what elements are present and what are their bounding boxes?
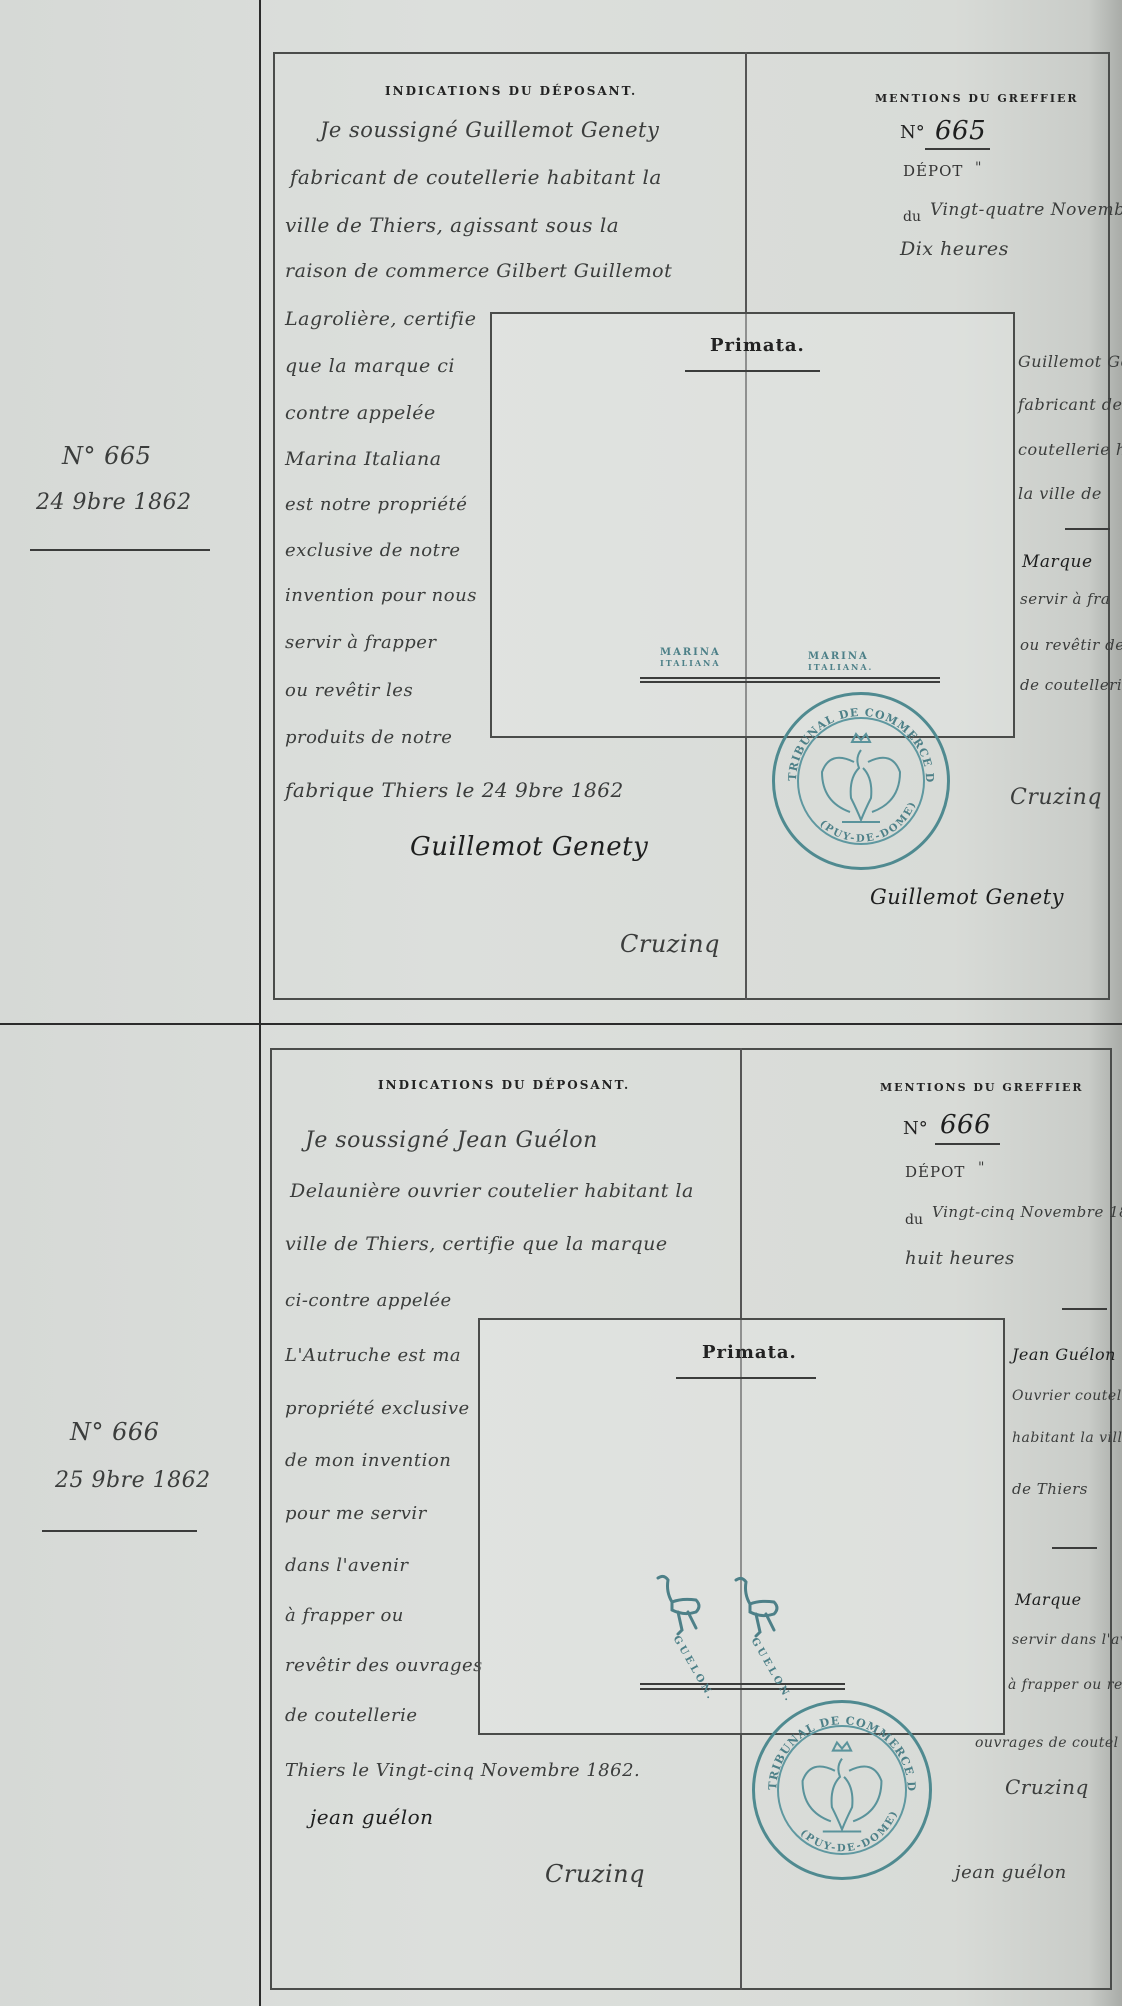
number-label: N° (903, 1118, 928, 1139)
margin-note-number: N° 665 (62, 442, 151, 470)
registrar-header: MENTIONS DU GREFFIER (875, 92, 1079, 105)
declaration-line: ville de Thiers, certifie que la marque (285, 1233, 668, 1255)
note-line: ouvrages de coutel (975, 1735, 1119, 1751)
note-separator (1065, 528, 1110, 530)
note-line: à frapper ou re (1008, 1677, 1122, 1693)
margin-note-underline (30, 549, 210, 551)
depositor-header: INDICATIONS DU DÉPOSANT. (378, 1078, 630, 1092)
note-line: Marque (1022, 552, 1093, 572)
declaration-line: propriété exclusive (285, 1398, 470, 1419)
declaration-line: invention pour nous (285, 585, 477, 606)
note-line: ou revêtir de (1020, 636, 1122, 654)
declaration-line: ou revêtir les (285, 680, 413, 701)
eagle-icon: TRIBUNAL DE COMMERCE DE THIERS (PUY-DE-D… (772, 692, 950, 870)
declaration-line: Lagrolière, certifie (285, 308, 476, 330)
depositor-signature: Guillemot Genety (410, 832, 648, 862)
deposit-number: 665 (935, 116, 986, 146)
depot-label: DÉPOT (903, 162, 963, 180)
du-label: du (905, 1212, 923, 1228)
declaration-line: servir à frapper (285, 632, 437, 653)
number-label: N° (900, 122, 925, 143)
primata-underline (685, 370, 820, 372)
depot-mark: " (978, 1160, 985, 1176)
trademark-box (490, 312, 1015, 738)
declaration-line: de coutellerie (285, 1705, 417, 1726)
declaration-line: fabricant de coutellerie habitant la (290, 165, 662, 189)
declaration-line: ci-contre appelée (285, 1290, 452, 1311)
deposit-hour: Dix heures (900, 238, 1009, 260)
ostrich-icon (650, 1570, 720, 1640)
deposit-hour: huit heures (905, 1248, 1015, 1269)
note-line: servir à fra (1020, 590, 1110, 608)
ostrich-icon (728, 1572, 798, 1642)
primata-label: Primata. (710, 335, 805, 356)
mark-line: ITALIANA. (808, 662, 873, 672)
registrar-header: MENTIONS DU GREFFIER (880, 1081, 1084, 1094)
note-separator (1062, 1308, 1107, 1310)
declaration-line: de mon invention (285, 1450, 451, 1471)
margin-note-date: 25 9bre 1862 (55, 1468, 211, 1493)
declaration-line: que la marque ci (285, 355, 455, 377)
declaration-line: ville de Thiers, agissant sous la (285, 213, 619, 237)
note-line: Marque (1015, 1590, 1082, 1609)
deposit-number: 666 (940, 1110, 991, 1140)
declaration-line: est notre propriété (285, 494, 467, 515)
declaration-line: dans l'avenir (285, 1555, 409, 1576)
registrar-signature: Cruzinq (545, 1860, 645, 1888)
declaration-line: L'Autruche est ma (285, 1345, 461, 1366)
trademark-mark-2: GUELON. (728, 1572, 818, 1682)
declaration-line: contre appelée (285, 402, 436, 424)
declaration-line: pour me servir (285, 1503, 427, 1524)
declaration-line: Je soussigné Jean Guélon (305, 1128, 598, 1153)
mark-line: MARINA (808, 652, 873, 662)
deposit-date: Vingt-cinq Novembre 18 (932, 1203, 1122, 1221)
declaration-line: à frapper ou (285, 1605, 404, 1626)
declaration-line: Delaunière ouvrier coutelier habitant la (290, 1180, 694, 1202)
margin-note-number: N° 666 (70, 1418, 159, 1446)
trademark-mark-1: GUELON. (650, 1570, 740, 1680)
note-line: servir dans l'av (1012, 1632, 1122, 1648)
right-depositor-signature: Guillemot Genety (870, 885, 1064, 909)
note-separator (1052, 1547, 1097, 1549)
depot-mark: " (975, 160, 982, 176)
registrar-signature: Cruzinq (620, 930, 720, 958)
declaration-line: raison de commerce Gilbert Guillemot (285, 260, 672, 282)
mark-baseline (640, 1688, 845, 1690)
tribunal-seal: TRIBUNAL DE COMMERCE DE THIERS (PUY-DE-D… (772, 692, 950, 870)
note-line: Ouvrier coutelier (1012, 1388, 1122, 1404)
declaration-line: Thiers le Vingt-cinq Novembre 1862. (285, 1760, 640, 1781)
note-line: la ville de (1018, 484, 1102, 503)
section-divider (0, 1023, 1122, 1025)
du-label: du (903, 209, 921, 225)
note-line: coutellerie ha (1018, 440, 1122, 459)
eagle-icon: TRIBUNAL DE COMMERCE DE THIERS (PUY-DE-D… (752, 1700, 932, 1880)
depositor-header: INDICATIONS DU DÉPOSANT. (385, 84, 637, 98)
right-depositor-signature: jean guélon (955, 1862, 1067, 1883)
note-line: Jean Guélon (1012, 1345, 1116, 1364)
trademark-mark-2: MARINA ITALIANA. (808, 652, 873, 672)
note-line: de coutellerie (1020, 676, 1122, 694)
primata-label: Primata. (702, 1342, 797, 1363)
note-line: fabricant de (1018, 395, 1122, 414)
declaration-line: produits de notre (285, 727, 452, 748)
declaration-line: Je soussigné Guillemot Genety (320, 118, 659, 142)
number-underline (925, 148, 990, 150)
primata-underline (676, 1377, 816, 1379)
depot-label: DÉPOT (905, 1163, 965, 1181)
mark-baseline (640, 1683, 845, 1685)
trademark-mark-1: MARINA ITALIANA (660, 648, 721, 668)
declaration-line: exclusive de notre (285, 540, 461, 561)
right-registrar-signature: Cruzinq (1005, 1775, 1089, 1799)
note-line: Guillemot Genety (1018, 352, 1122, 371)
depositor-signature: jean guélon (310, 1805, 434, 1829)
mark-baseline (640, 677, 940, 679)
declaration-line: Marina Italiana (285, 448, 442, 470)
declaration-line: fabrique Thiers le 24 9bre 1862 (285, 778, 624, 802)
margin-note-underline (42, 1530, 197, 1532)
declaration-line: revêtir des ouvrages (285, 1655, 483, 1676)
mark-baseline (640, 681, 940, 683)
margin-rule (259, 0, 261, 2006)
mark-line: ITALIANA (660, 658, 721, 668)
deposit-date: Vingt-quatre Novembre (930, 200, 1122, 220)
number-underline (935, 1143, 1000, 1145)
right-registrar-signature: Cruzinq (1010, 785, 1102, 810)
margin-note-date: 24 9bre 1862 (36, 490, 192, 515)
note-line: de Thiers (1012, 1480, 1088, 1498)
mark-line: MARINA (660, 648, 721, 658)
note-line: habitant la ville (1012, 1430, 1122, 1446)
tribunal-seal: TRIBUNAL DE COMMERCE DE THIERS (PUY-DE-D… (752, 1700, 932, 1880)
